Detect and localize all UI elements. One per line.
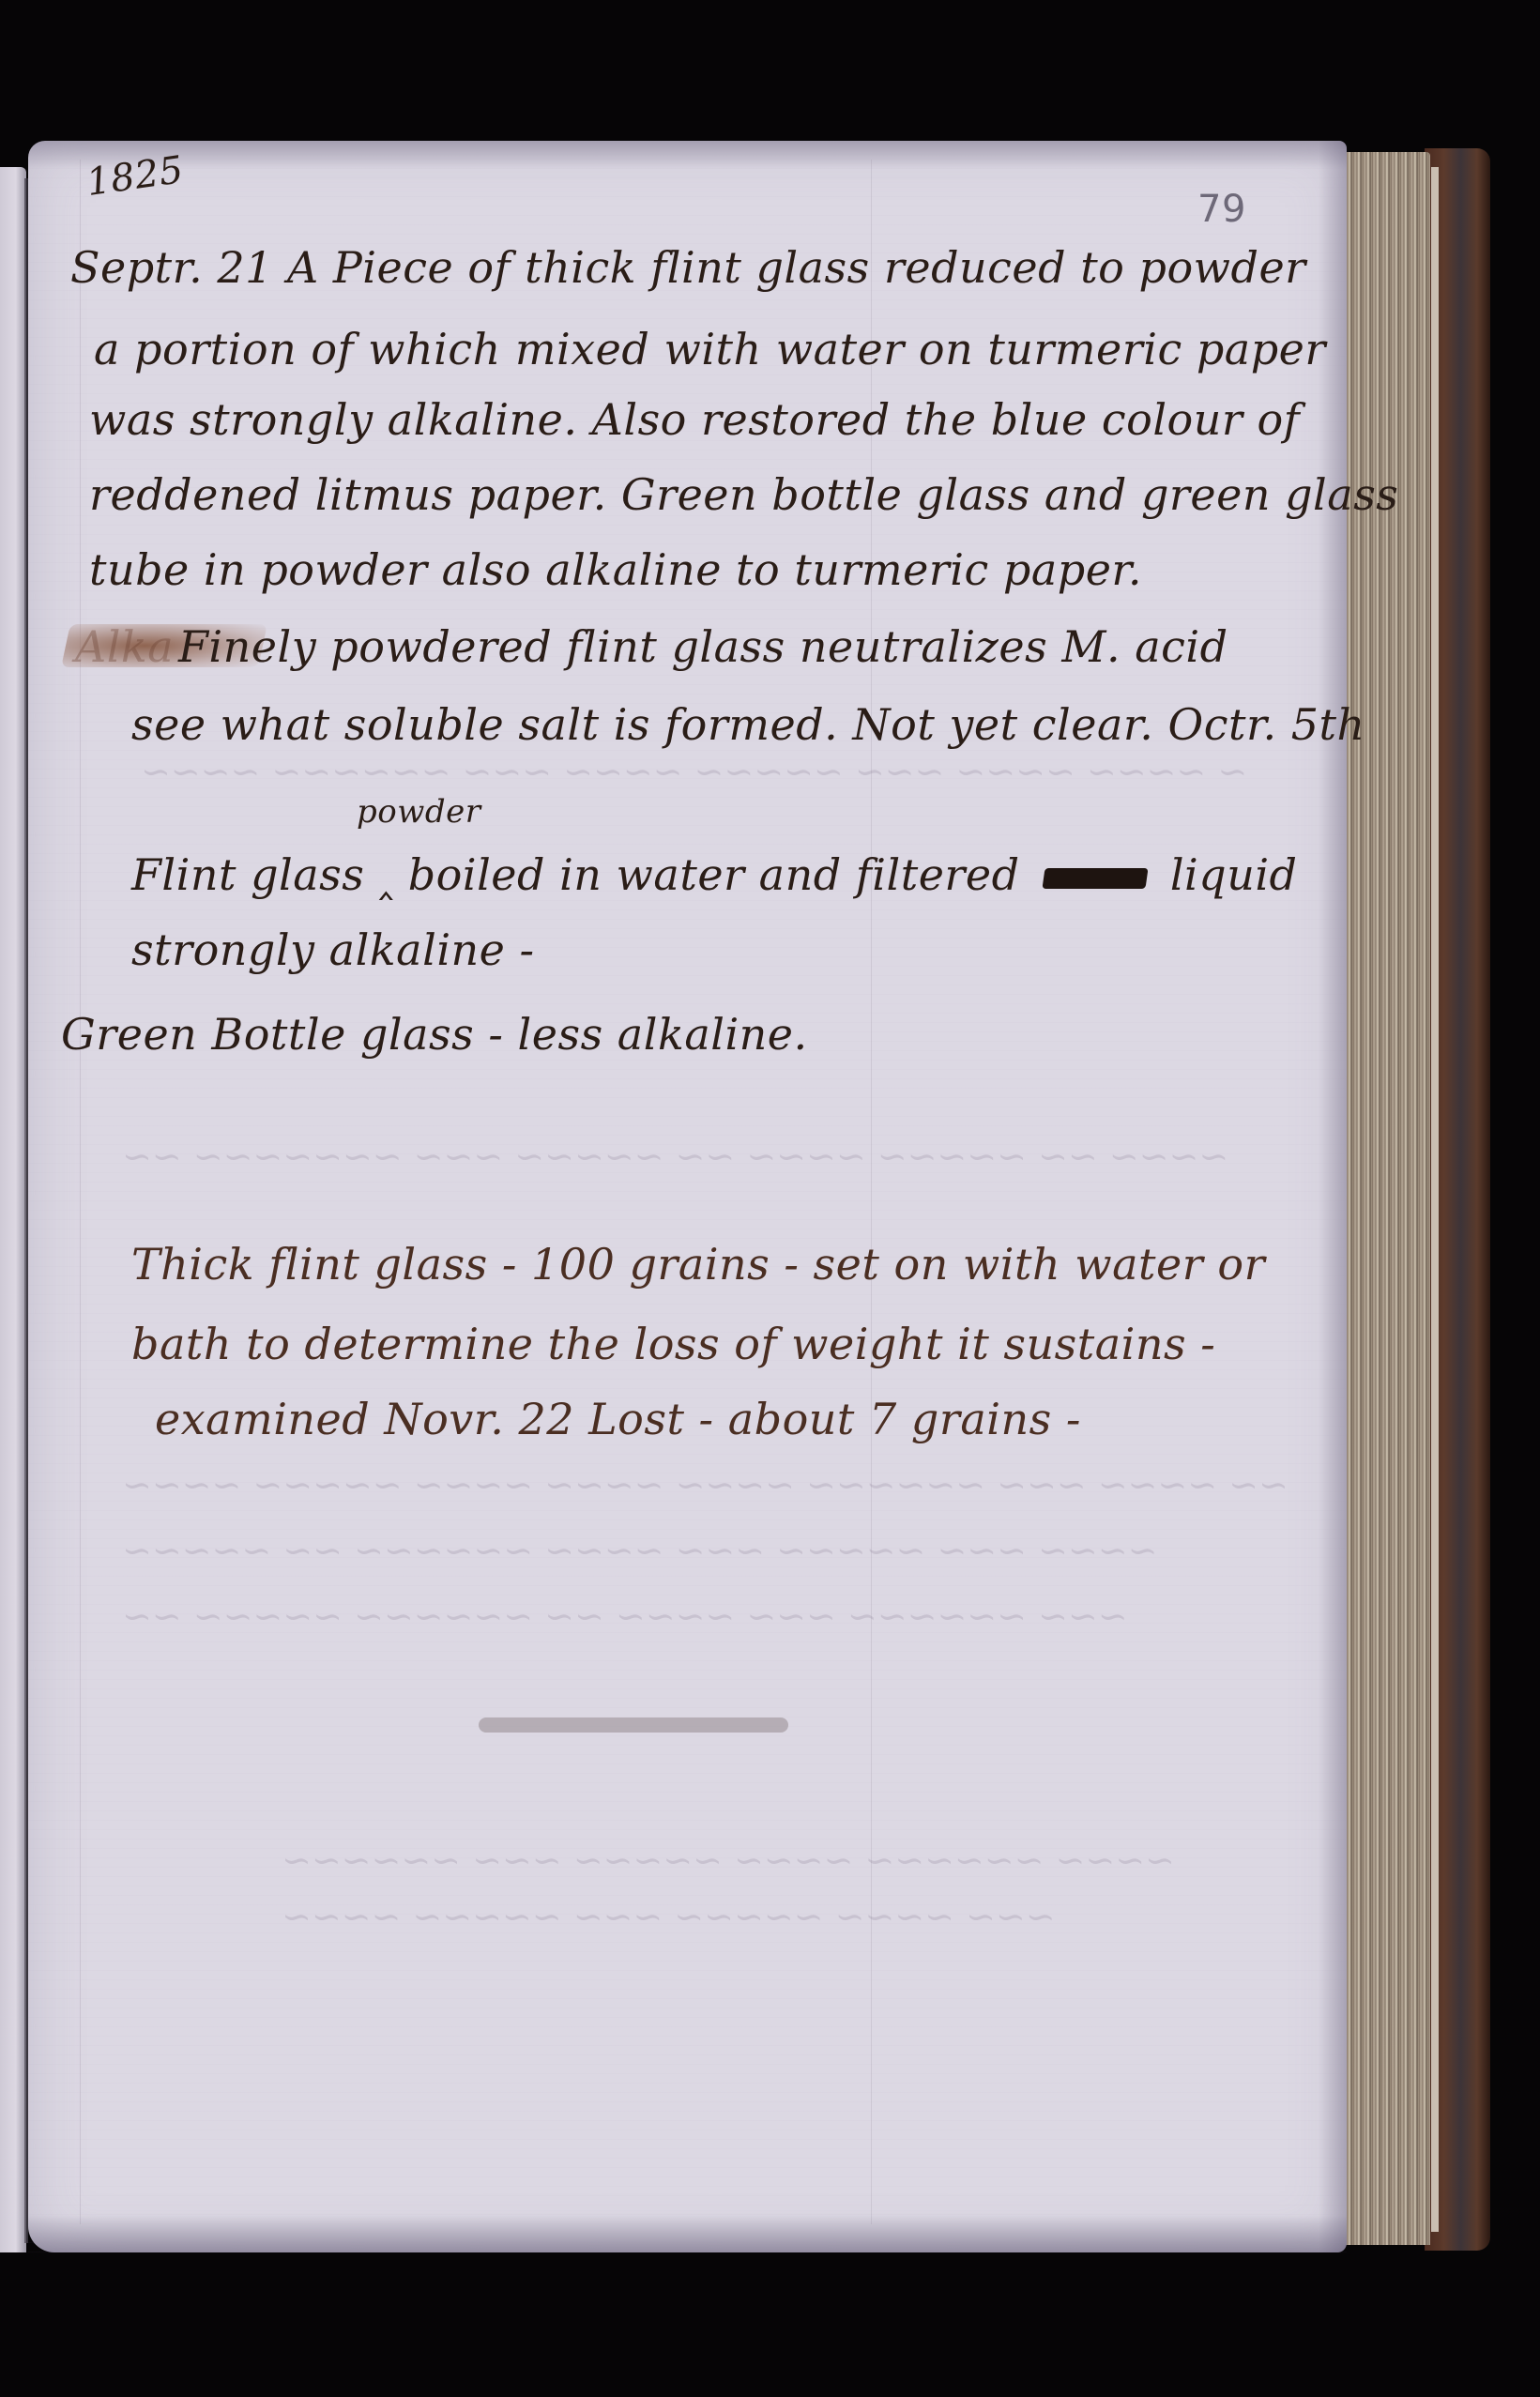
entry-1-line-4: reddened litmus paper. Green bottle glas…	[89, 469, 1398, 520]
show-through-text: ~~~~ ~~ ~~~~~ ~~~~ ~~ ~~~~~ ~~~ ~~~~~~~ …	[122, 1136, 1228, 1177]
entry-3-line-1-after: liquid	[1170, 849, 1298, 900]
show-through-text: ~~~ ~~~~~~ ~~~ ~~~~ ~~ ~~~~~~ ~~~~~ ~~	[122, 1595, 1128, 1637]
page-edge-highlight	[1431, 167, 1439, 2232]
struck-out-word-blot	[1042, 868, 1148, 889]
entry-4-line-2: bath to determine the loss of weight it …	[131, 1319, 1215, 1369]
entry-3-line-1-pre: Flint glass	[131, 849, 364, 900]
entry-3-line-2: strongly alkaline -	[131, 924, 535, 975]
show-through-text: ~~~ ~~~~ ~~~~~ ~~~ ~~~~~ ~~~~	[282, 1896, 1056, 1937]
entry-1-line-3: was strongly alkaline. Also restored the…	[89, 394, 1300, 445]
caret-mark: ‸	[379, 849, 394, 900]
entry-2-line-1: Finely powdered flint glass neutralizes …	[178, 621, 1228, 672]
book-gutter	[24, 178, 28, 2243]
left-facing-page-edge	[0, 167, 26, 2252]
page-edges-stack	[1344, 152, 1430, 2245]
entry-2-struck-word: Alka	[75, 621, 174, 672]
show-through-text: ~ ~~~~ ~~~~ ~~~ ~~~~~ ~~~~ ~~~ ~~~~~~ ~~…	[141, 751, 1247, 792]
entry-1-line-5: tube in powder also alkaline to turmeric…	[89, 544, 1142, 595]
folio-number: 79	[1197, 188, 1246, 231]
entry-3-line-1-post: boiled in water and filtered	[408, 849, 1020, 900]
show-through-text: ~~~~ ~~~~~~ ~~~~ ~~~~~ ~~~ ~~~~~~	[282, 1840, 1175, 1881]
entry-4-line-1: Thick flint glass - 100 grains - set on …	[131, 1239, 1265, 1290]
margin-line	[80, 160, 81, 2224]
entry-4-line-3: examined Novr. 22 Lost - about 7 grains …	[155, 1394, 1081, 1444]
entry-1-line-1: Septr. 21 A Piece of thick flint glass r…	[70, 242, 1306, 293]
show-through-text: ~~ ~~~~ ~~~ ~~~~~~ ~~~~ ~~~~ ~~~~ ~~~~~ …	[122, 1464, 1288, 1505]
entry-2-line-2: see what soluble salt is formed. Not yet…	[131, 699, 1365, 750]
entry-3-insertion: powder	[357, 793, 480, 831]
entry-3-line-3: Green Bottle glass - less alkaline.	[61, 1009, 808, 1060]
show-through-text: ~~~~ ~~~ ~~~~~ ~~~ ~~~~ ~~~~~~ ~~ ~~~~~	[122, 1530, 1157, 1571]
ink-stain	[479, 1718, 788, 1733]
entry-3-line-1: Flint glass ‸ boiled in water and filter…	[131, 849, 1298, 900]
entry-1-line-2: a portion of which mixed with water on t…	[94, 324, 1326, 374]
